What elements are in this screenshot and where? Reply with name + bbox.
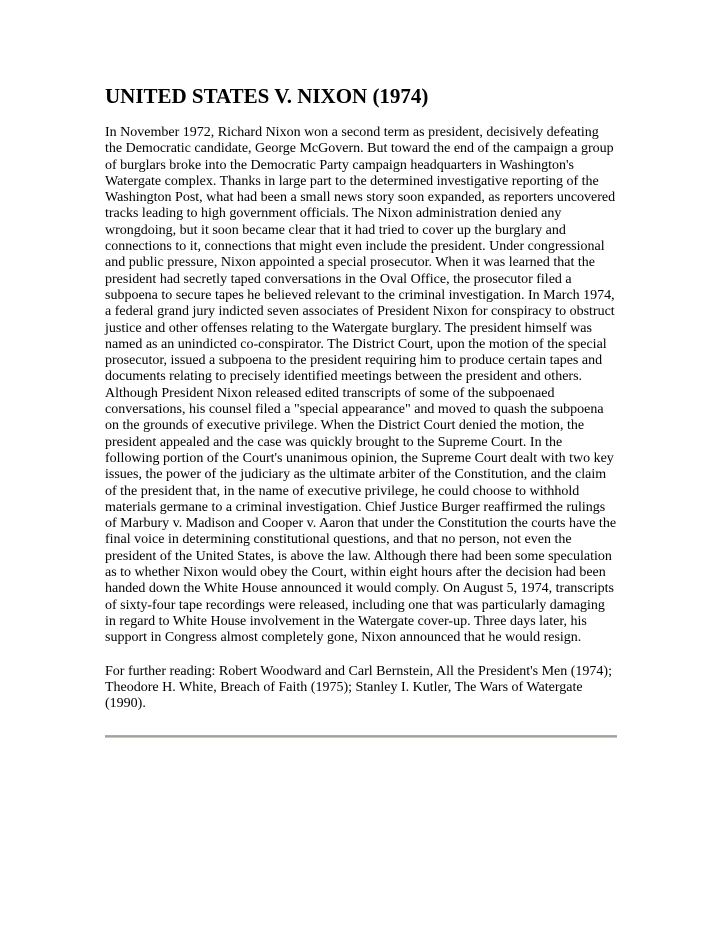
document-page: UNITED STATES V. NIXON (1974) In Novembe… (0, 0, 720, 932)
horizontal-divider (105, 735, 617, 738)
further-reading-paragraph: For further reading: Robert Woodward and… (105, 664, 617, 713)
document-title: UNITED STATES V. NIXON (1974) (105, 84, 617, 108)
body-paragraph: In November 1972, Richard Nixon won a se… (105, 125, 617, 647)
